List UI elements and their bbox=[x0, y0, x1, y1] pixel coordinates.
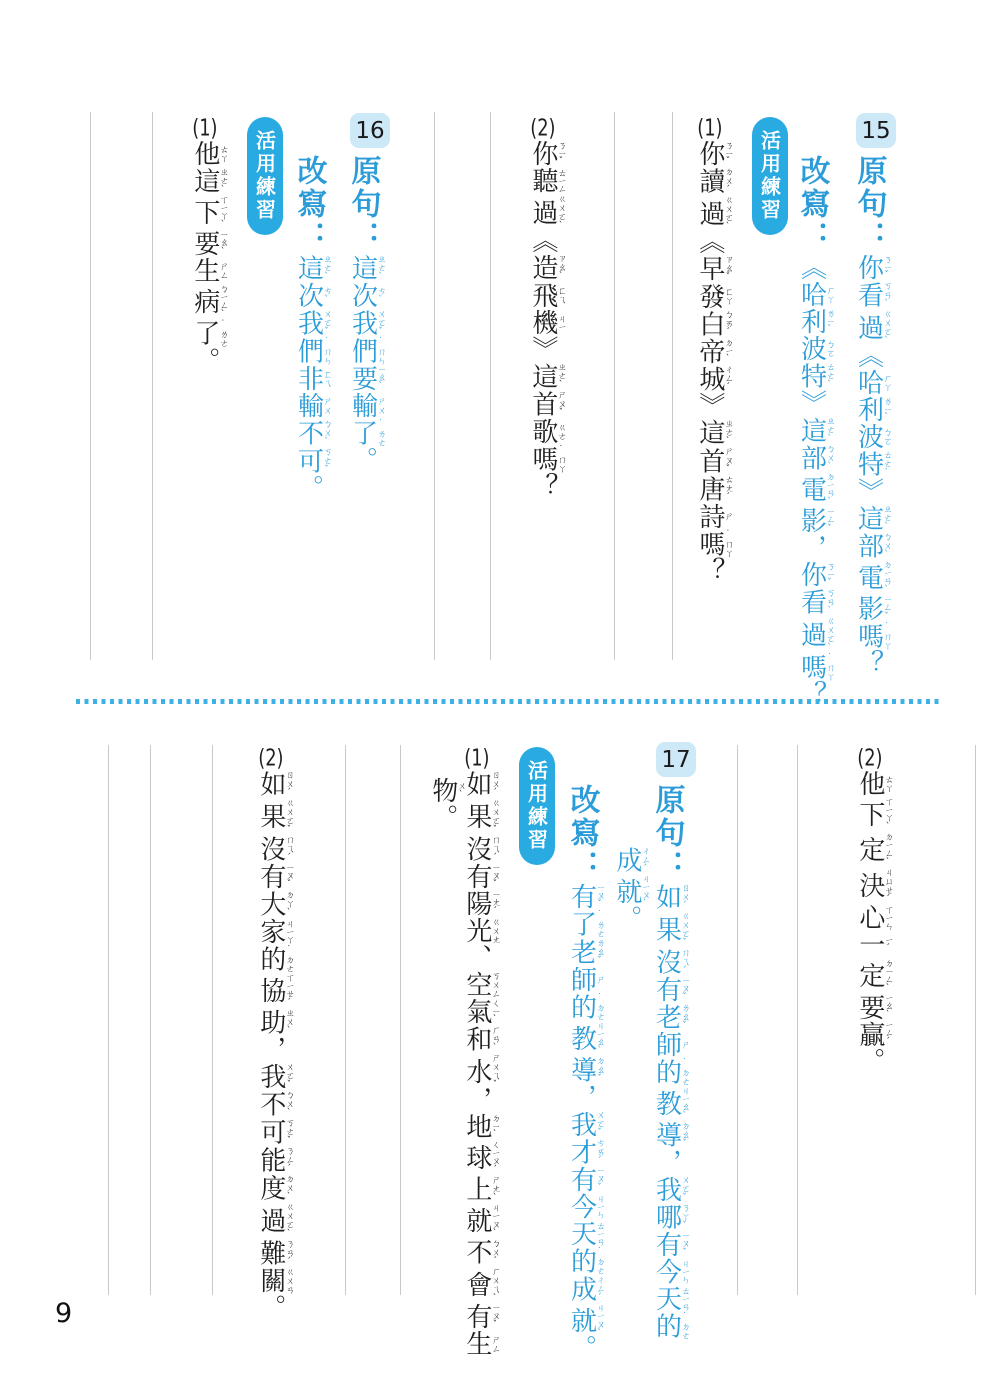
char-with-zhuyin: 要ㄧㄠˋ bbox=[190, 230, 220, 257]
char-with-zhuyin: 病ㄅㄧㄥˋ bbox=[190, 284, 220, 319]
char-with-zhuyin: 機ㄐㄧ bbox=[528, 309, 558, 336]
char-with-zhuyin: 難ㄋㄢˊ bbox=[256, 1239, 286, 1267]
column-rule-line bbox=[90, 112, 91, 660]
char-with-zhuyin: 今ㄐㄧㄣ bbox=[567, 1193, 597, 1220]
char-with-zhuyin: 城ㄔㄥˊ bbox=[695, 365, 725, 393]
char-with-zhuyin: 利ㄌㄧˋ bbox=[797, 308, 827, 335]
char-with-zhuyin: 如ㄖㄨˊ bbox=[652, 883, 682, 911]
exercise17-rewritten-sentence: 改寫：有ㄧㄡˇ了˙ㄌㄜ老ㄌㄠˇ師ㄕ的˙ㄉㄜ教ㄐㄧㄠˋ導ㄉㄠˇ，我ㄨㄛˇ才ㄘㄞˊ有… bbox=[564, 784, 605, 1361]
char-with-zhuyin: 我ㄨㄛˇ bbox=[256, 1063, 286, 1091]
char-with-zhuyin: 協ㄒㄧㄝˊ bbox=[256, 973, 286, 1008]
dotted-separator bbox=[76, 699, 940, 704]
column-rule-line bbox=[152, 112, 153, 660]
char-with-zhuyin: 導ㄉㄠˇ bbox=[652, 1121, 682, 1149]
char-with-zhuyin: 教ㄐㄧㄠˋ bbox=[567, 1021, 597, 1056]
char-with-zhuyin: 的˙ㄉㄜ bbox=[256, 945, 286, 973]
exercise17-item-2: (2)如ㄖㄨˊ果ㄍㄨㄛˇ沒ㄇㄟˊ有ㄧㄡˇ大ㄉㄚˋ家ㄐㄧㄚ的˙ㄉㄜ協ㄒㄧㄝˊ助ㄓㄨ… bbox=[255, 747, 294, 1321]
punctuation: 》 bbox=[528, 336, 558, 363]
punctuation: ， bbox=[567, 1084, 597, 1111]
char-with-zhuyin: 輸ㄕㄨ bbox=[294, 392, 324, 419]
char-with-zhuyin: 這ㄓㄜˋ bbox=[854, 505, 884, 533]
char-with-zhuyin: 了˙ㄌㄜ bbox=[567, 910, 597, 938]
char-with-zhuyin: 看ㄎㄢˋ bbox=[797, 588, 827, 616]
char-with-zhuyin: 我ㄨㄛˇ bbox=[652, 1176, 682, 1204]
char-with-zhuyin: 可ㄎㄜˇ bbox=[294, 447, 324, 475]
char-with-zhuyin: 利ㄌㄧˋ bbox=[854, 396, 884, 423]
column-rule-line bbox=[975, 745, 976, 1295]
exercise16-item-1: (1)他ㄊㄚ這ㄓㄜˋ下ㄒㄧㄚˋ要ㄧㄠˋ生ㄕㄥ病ㄅㄧㄥˋ了˙ㄌㄜ。 bbox=[189, 117, 228, 374]
punctuation: ？ bbox=[695, 557, 725, 584]
char-with-zhuyin: 能ㄋㄥˊ bbox=[256, 1146, 286, 1174]
char-with-zhuyin: 我ㄨㄛˇ bbox=[348, 309, 378, 337]
char-with-zhuyin: 輸ㄕㄨ bbox=[348, 392, 378, 419]
char-with-zhuyin: 嗎˙ㄇㄚ bbox=[528, 445, 558, 473]
char-with-zhuyin: 老ㄌㄠˇ bbox=[652, 1003, 682, 1031]
exercise-number-badge-16: 16 bbox=[350, 113, 390, 148]
char-with-zhuyin: 如ㄖㄨˊ bbox=[462, 770, 492, 798]
char-with-zhuyin: 就ㄐㄧㄡˋ bbox=[462, 1203, 492, 1238]
punctuation: 。 bbox=[567, 1334, 597, 1361]
punctuation: ， bbox=[462, 1086, 492, 1113]
char-with-zhuyin: 部ㄅㄨˋ bbox=[854, 532, 884, 560]
char-with-zhuyin: 過ㄍㄨㄛˋ bbox=[695, 195, 725, 228]
item-marker: (2) bbox=[258, 747, 284, 770]
column-rule-line bbox=[672, 112, 673, 660]
exercise15-item-1: (1)你ㄋㄧˇ讀ㄉㄨˊ過ㄍㄨㄛˋ《早ㄗㄠˇ發ㄈㄚ白ㄅㄞˊ帝ㄉㄧˋ城ㄔㄥˊ》這ㄓㄜ… bbox=[694, 117, 733, 584]
char-with-zhuyin: 這ㄓㄜˋ bbox=[190, 167, 220, 195]
char-with-zhuyin: 成ㄔㄥˊ bbox=[567, 1275, 597, 1303]
char-with-zhuyin: 特ㄊㄜˋ bbox=[854, 450, 884, 478]
char-with-zhuyin: 首ㄕㄡˇ bbox=[528, 390, 558, 418]
char-with-zhuyin: 過ㄍㄨㄛˋ bbox=[256, 1202, 286, 1239]
punctuation: 、 bbox=[462, 944, 492, 971]
char-with-zhuyin: 有ㄧㄡˇ bbox=[567, 883, 597, 910]
char-with-zhuyin: 嗎˙ㄇㄚ bbox=[854, 622, 884, 650]
column-rule-line bbox=[614, 112, 615, 660]
sentence-label: 改寫： bbox=[292, 155, 327, 254]
char-with-zhuyin: 空ㄎㄨㄥ bbox=[462, 971, 492, 998]
practice-badge: 活用練習 bbox=[519, 747, 555, 865]
punctuation: 。 bbox=[428, 804, 458, 831]
punctuation: 。 bbox=[256, 1294, 286, 1321]
char-with-zhuyin: 詩ㄕ bbox=[695, 503, 725, 530]
char-with-zhuyin: 的˙ㄉㄜ bbox=[567, 993, 597, 1021]
char-with-zhuyin: 唐ㄊㄤˊ bbox=[695, 475, 725, 503]
char-with-zhuyin: 物ㄨˋ bbox=[428, 777, 458, 804]
sentence-label: 改寫： bbox=[795, 155, 830, 254]
column-rule-line bbox=[797, 745, 798, 1295]
char-with-zhuyin: 我ㄨㄛˇ bbox=[294, 309, 324, 337]
char-with-zhuyin: 波ㄅㄛ bbox=[854, 423, 884, 450]
char-with-zhuyin: 地ㄉㄧˋ bbox=[462, 1113, 492, 1140]
char-with-zhuyin: 你ㄋㄧˇ bbox=[695, 140, 725, 167]
char-with-zhuyin: 電ㄉㄧㄢˋ bbox=[854, 560, 884, 595]
char-with-zhuyin: 有ㄧㄡˇ bbox=[256, 863, 286, 890]
char-with-zhuyin: 過ㄍㄨㄛˋ bbox=[528, 194, 558, 227]
item-marker: (1) bbox=[464, 747, 490, 770]
practice-badge: 活用練習 bbox=[247, 117, 283, 235]
char-with-zhuyin: 過ㄍㄨㄛˋ bbox=[854, 309, 884, 342]
char-with-zhuyin: 光ㄍㄨㄤ bbox=[462, 917, 492, 944]
exercise15-original-sentence: 原句：你ㄋㄧˇ看ㄎㄢˋ過ㄍㄨㄛˋ《哈ㄏㄚ利ㄌㄧˋ波ㄅㄛ特ㄊㄜˋ》這ㄓㄜˋ部ㄅㄨˋ… bbox=[851, 155, 892, 677]
char-with-zhuyin: 們˙ㄇㄣ bbox=[294, 337, 324, 365]
char-with-zhuyin: 這ㄓㄜˋ bbox=[695, 419, 725, 447]
char-with-zhuyin: 生ㄕㄥ bbox=[462, 1330, 492, 1357]
char-with-zhuyin: 的˙ㄉㄜ bbox=[652, 1312, 682, 1340]
char-with-zhuyin: 水ㄕㄨㄟˇ bbox=[462, 1053, 492, 1086]
punctuation: 。 bbox=[294, 475, 324, 502]
item-marker: (1) bbox=[697, 117, 723, 140]
char-with-zhuyin: 影ㄧㄥˇ bbox=[854, 595, 884, 622]
char-with-zhuyin: 了˙ㄌㄜ bbox=[348, 419, 378, 447]
char-with-zhuyin: 果ㄍㄨㄛˇ bbox=[652, 911, 682, 948]
char-with-zhuyin: 這ㄓㄜˋ bbox=[294, 254, 324, 282]
char-with-zhuyin: 今ㄐㄧㄣ bbox=[652, 1258, 682, 1285]
punctuation: 《 bbox=[854, 342, 884, 369]
punctuation: ， bbox=[797, 534, 827, 561]
char-with-zhuyin: 家ㄐㄧㄚ bbox=[256, 918, 286, 945]
char-with-zhuyin: 下ㄒㄧㄚˋ bbox=[190, 195, 220, 230]
char-with-zhuyin: 氣ㄑㄧˋ bbox=[462, 998, 492, 1025]
item-marker: (2) bbox=[530, 117, 556, 140]
char-with-zhuyin: 你ㄋㄧˇ bbox=[797, 561, 827, 588]
char-with-zhuyin: 決ㄐㄩㄝˊ bbox=[855, 867, 885, 904]
column-rule-line bbox=[434, 112, 435, 660]
exercise17-item-1-wrap: 物ㄨˋ。 bbox=[427, 777, 466, 831]
sentence-label: 原句： bbox=[650, 784, 685, 883]
char-with-zhuyin: 沒ㄇㄟˊ bbox=[652, 948, 682, 976]
char-with-zhuyin: 他ㄊㄚ bbox=[190, 140, 220, 167]
char-with-zhuyin: 就ㄐㄧㄡˋ bbox=[612, 874, 642, 905]
punctuation: 。 bbox=[190, 347, 220, 374]
char-with-zhuyin: 定ㄉㄧㄥˋ bbox=[855, 832, 885, 867]
column-rule-line bbox=[490, 112, 491, 660]
char-with-zhuyin: 電ㄉㄧㄢˋ bbox=[797, 472, 827, 507]
char-with-zhuyin: 波ㄅㄛ bbox=[797, 335, 827, 362]
punctuation: 《 bbox=[528, 227, 558, 254]
char-with-zhuyin: 次ㄘˋ bbox=[348, 282, 378, 309]
char-with-zhuyin: 了˙ㄌㄜ bbox=[190, 319, 220, 347]
char-with-zhuyin: 嗎˙ㄇㄚ bbox=[695, 530, 725, 558]
char-with-zhuyin: 有ㄧㄡˇ bbox=[462, 863, 492, 890]
char-with-zhuyin: 有ㄧㄡˇ bbox=[462, 1303, 492, 1330]
char-with-zhuyin: 你ㄋㄧˇ bbox=[854, 254, 884, 281]
exercise17-original-sentence-wrap: 成ㄔㄥˊ就ㄐㄧㄡˋ。 bbox=[611, 846, 650, 932]
exercise16-original-sentence: 原句：這ㄓㄜˋ次ㄘˋ我ㄨㄛˇ們˙ㄇㄣ要ㄧㄠˋ輸ㄕㄨ了˙ㄌㄜ。 bbox=[345, 155, 386, 474]
char-with-zhuyin: 不ㄅㄨˋ bbox=[256, 1090, 286, 1118]
char-with-zhuyin: 一ㄧˊ bbox=[855, 931, 885, 958]
char-with-zhuyin: 就ㄐㄧㄡˋ bbox=[567, 1303, 597, 1334]
char-with-zhuyin: 師ㄕ bbox=[652, 1031, 682, 1058]
char-with-zhuyin: 這ㄓㄜˋ bbox=[528, 363, 558, 391]
exercise-number-badge-17: 17 bbox=[656, 742, 696, 777]
char-with-zhuyin: 首ㄕㄡˇ bbox=[695, 447, 725, 475]
exercise-number-badge-15: 15 bbox=[856, 113, 896, 148]
char-with-zhuyin: 成ㄔㄥˊ bbox=[612, 846, 642, 874]
punctuation: ， bbox=[652, 1149, 682, 1176]
char-with-zhuyin: 老ㄌㄠˇ bbox=[567, 938, 597, 966]
char-with-zhuyin: 這ㄓㄜˋ bbox=[348, 254, 378, 282]
item-marker: (1) bbox=[192, 117, 218, 140]
char-with-zhuyin: 心ㄒㄧㄣ bbox=[855, 904, 885, 931]
char-with-zhuyin: 歌ㄍㄜ bbox=[528, 418, 558, 445]
char-with-zhuyin: 影ㄧㄥˇ bbox=[797, 507, 827, 534]
punctuation: 》 bbox=[854, 478, 884, 505]
char-with-zhuyin: 的˙ㄉㄜ bbox=[567, 1247, 597, 1275]
char-with-zhuyin: 特ㄊㄜˋ bbox=[797, 362, 827, 390]
char-with-zhuyin: 導ㄉㄠˇ bbox=[567, 1056, 597, 1084]
column-rule-line bbox=[400, 745, 401, 1295]
char-with-zhuyin: 會ㄏㄨㄟˋ bbox=[462, 1266, 492, 1303]
punctuation: 》 bbox=[797, 390, 827, 417]
char-with-zhuyin: 哈ㄏㄚ bbox=[797, 281, 827, 308]
char-with-zhuyin: 助ㄓㄨˋ bbox=[256, 1008, 286, 1036]
char-with-zhuyin: 天ㄊㄧㄢ bbox=[567, 1220, 597, 1247]
char-with-zhuyin: 嗎˙ㄇㄚ bbox=[797, 653, 827, 681]
char-with-zhuyin: 才ㄘㄞˊ bbox=[567, 1138, 597, 1166]
char-with-zhuyin: 下ㄒㄧㄚˋ bbox=[855, 797, 885, 832]
char-with-zhuyin: 他ㄊㄚ bbox=[855, 770, 885, 797]
char-with-zhuyin: 師ㄕ bbox=[567, 966, 597, 993]
char-with-zhuyin: 們˙ㄇㄣ bbox=[348, 337, 378, 365]
char-with-zhuyin: 要ㄧㄠˋ bbox=[348, 365, 378, 392]
char-with-zhuyin: 發ㄈㄚ bbox=[695, 283, 725, 310]
char-with-zhuyin: 有ㄧㄡˇ bbox=[652, 1231, 682, 1258]
page-number: 9 bbox=[55, 1298, 72, 1329]
punctuation: 《 bbox=[797, 254, 827, 281]
char-with-zhuyin: 上ㄕㄤˋ bbox=[462, 1175, 492, 1203]
char-with-zhuyin: 有ㄧㄡˇ bbox=[567, 1166, 597, 1193]
char-with-zhuyin: 如ㄖㄨˊ bbox=[256, 770, 286, 798]
char-with-zhuyin: 這ㄓㄜˋ bbox=[797, 417, 827, 445]
char-with-zhuyin: 早ㄗㄠˇ bbox=[695, 255, 725, 283]
punctuation: 》 bbox=[695, 392, 725, 419]
char-with-zhuyin: 不ㄅㄨˋ bbox=[294, 419, 324, 447]
char-with-zhuyin: 帝ㄉㄧˋ bbox=[695, 338, 725, 365]
char-with-zhuyin: 要ㄧㄠˋ bbox=[855, 994, 885, 1021]
exercise15-item-2: (2)你ㄋㄧˇ聽ㄊㄧㄥ過ㄍㄨㄛˋ《造ㄗㄠˋ飛ㄈㄟ機ㄐㄧ》這ㄓㄜˋ首ㄕㄡˇ歌ㄍㄜ嗎… bbox=[527, 117, 566, 500]
sentence-label: 原句： bbox=[346, 155, 381, 254]
char-with-zhuyin: 哈ㄏㄚ bbox=[854, 369, 884, 396]
exercise17-item-1: (1)如ㄖㄨˊ果ㄍㄨㄛˇ沒ㄇㄟˊ有ㄧㄡˇ陽ㄧㄤˊ光ㄍㄨㄤ、空ㄎㄨㄥ氣ㄑㄧˋ和ㄏㄢ… bbox=[461, 747, 500, 1357]
exercise17-original-sentence: 原句：如ㄖㄨˊ果ㄍㄨㄛˇ沒ㄇㄟˊ有ㄧㄡˇ老ㄌㄠˇ師ㄕ的˙ㄉㄜ教ㄐㄧㄠˋ導ㄉㄠˇ，… bbox=[649, 784, 690, 1340]
char-with-zhuyin: 可ㄎㄜˇ bbox=[256, 1118, 286, 1146]
char-with-zhuyin: 哪ㄋㄚˇ bbox=[652, 1203, 682, 1231]
char-with-zhuyin: 造ㄗㄠˋ bbox=[528, 254, 558, 282]
char-with-zhuyin: 果ㄍㄨㄛˇ bbox=[462, 798, 492, 835]
char-with-zhuyin: 聽ㄊㄧㄥ bbox=[528, 167, 558, 194]
char-with-zhuyin: 非ㄈㄟ bbox=[294, 365, 324, 392]
char-with-zhuyin: 度ㄉㄨˋ bbox=[256, 1174, 286, 1202]
punctuation: ？ bbox=[528, 473, 558, 500]
char-with-zhuyin: 部ㄅㄨˋ bbox=[797, 444, 827, 472]
char-with-zhuyin: 的˙ㄉㄜ bbox=[652, 1058, 682, 1086]
char-with-zhuyin: 大ㄉㄚˋ bbox=[256, 890, 286, 918]
char-with-zhuyin: 陽ㄧㄤˊ bbox=[462, 890, 492, 917]
char-with-zhuyin: 次ㄘˋ bbox=[294, 282, 324, 309]
column-rule-line bbox=[345, 745, 346, 1295]
char-with-zhuyin: 有ㄧㄡˇ bbox=[652, 976, 682, 1003]
char-with-zhuyin: 關ㄍㄨㄢ bbox=[256, 1267, 286, 1294]
char-with-zhuyin: 我ㄨㄛˇ bbox=[567, 1111, 597, 1139]
char-with-zhuyin: 讀ㄉㄨˊ bbox=[695, 167, 725, 195]
column-rule-line bbox=[150, 745, 151, 1295]
char-with-zhuyin: 白ㄅㄞˊ bbox=[695, 310, 725, 338]
char-with-zhuyin: 生ㄕㄥ bbox=[190, 257, 220, 284]
char-with-zhuyin: 沒ㄇㄟˊ bbox=[256, 835, 286, 863]
char-with-zhuyin: 你ㄋㄧˇ bbox=[528, 140, 558, 167]
sentence-label: 原句： bbox=[852, 155, 887, 254]
column-rule-line bbox=[108, 745, 109, 1295]
exercise15-rewritten-sentence: 改寫：《哈ㄏㄚ利ㄌㄧˋ波ㄅㄛ特ㄊㄜˋ》這ㄓㄜˋ部ㄅㄨˋ電ㄉㄧㄢˋ影ㄧㄥˇ，你ㄋㄧ… bbox=[794, 155, 835, 708]
practice-badge: 活用練習 bbox=[752, 117, 788, 235]
char-with-zhuyin: 果ㄍㄨㄛˇ bbox=[256, 798, 286, 835]
char-with-zhuyin: 過ㄍㄨㄛˋ bbox=[797, 616, 827, 653]
char-with-zhuyin: 球ㄑㄧㄡˊ bbox=[462, 1140, 492, 1175]
column-rule-line bbox=[212, 745, 213, 1295]
punctuation: ？ bbox=[854, 650, 884, 677]
char-with-zhuyin: 天ㄊㄧㄢ bbox=[652, 1285, 682, 1312]
exercise16-item-2: (2)他ㄊㄚ下ㄒㄧㄚˋ定ㄉㄧㄥˋ決ㄐㄩㄝˊ心ㄒㄧㄣ一ㄧˊ定ㄉㄧㄥˋ要ㄧㄠˋ贏ㄧㄥ… bbox=[854, 747, 893, 1075]
item-marker: (2) bbox=[857, 747, 883, 770]
char-with-zhuyin: 教ㄐㄧㄠˋ bbox=[652, 1086, 682, 1121]
char-with-zhuyin: 贏ㄧㄥˊ bbox=[855, 1021, 885, 1048]
char-with-zhuyin: 定ㄉㄧㄥˋ bbox=[855, 958, 885, 993]
char-with-zhuyin: 看ㄎㄢˋ bbox=[854, 281, 884, 309]
punctuation: 。 bbox=[855, 1048, 885, 1075]
punctuation: 《 bbox=[695, 228, 725, 255]
punctuation: ， bbox=[256, 1036, 286, 1063]
punctuation: 。 bbox=[612, 905, 642, 932]
punctuation: 。 bbox=[348, 447, 378, 474]
column-rule-line bbox=[737, 745, 738, 1295]
char-with-zhuyin: 飛ㄈㄟ bbox=[528, 282, 558, 309]
char-with-zhuyin: 沒ㄇㄟˊ bbox=[462, 835, 492, 863]
exercise16-rewritten-sentence: 改寫：這ㄓㄜˋ次ㄘˋ我ㄨㄛˇ們˙ㄇㄣ非ㄈㄟ輸ㄕㄨ不ㄅㄨˋ可ㄎㄜˇ。 bbox=[291, 155, 332, 502]
char-with-zhuyin: 和ㄏㄢˋ bbox=[462, 1025, 492, 1053]
sentence-label: 改寫： bbox=[565, 784, 600, 883]
char-with-zhuyin: 不ㄅㄨˊ bbox=[462, 1238, 492, 1266]
